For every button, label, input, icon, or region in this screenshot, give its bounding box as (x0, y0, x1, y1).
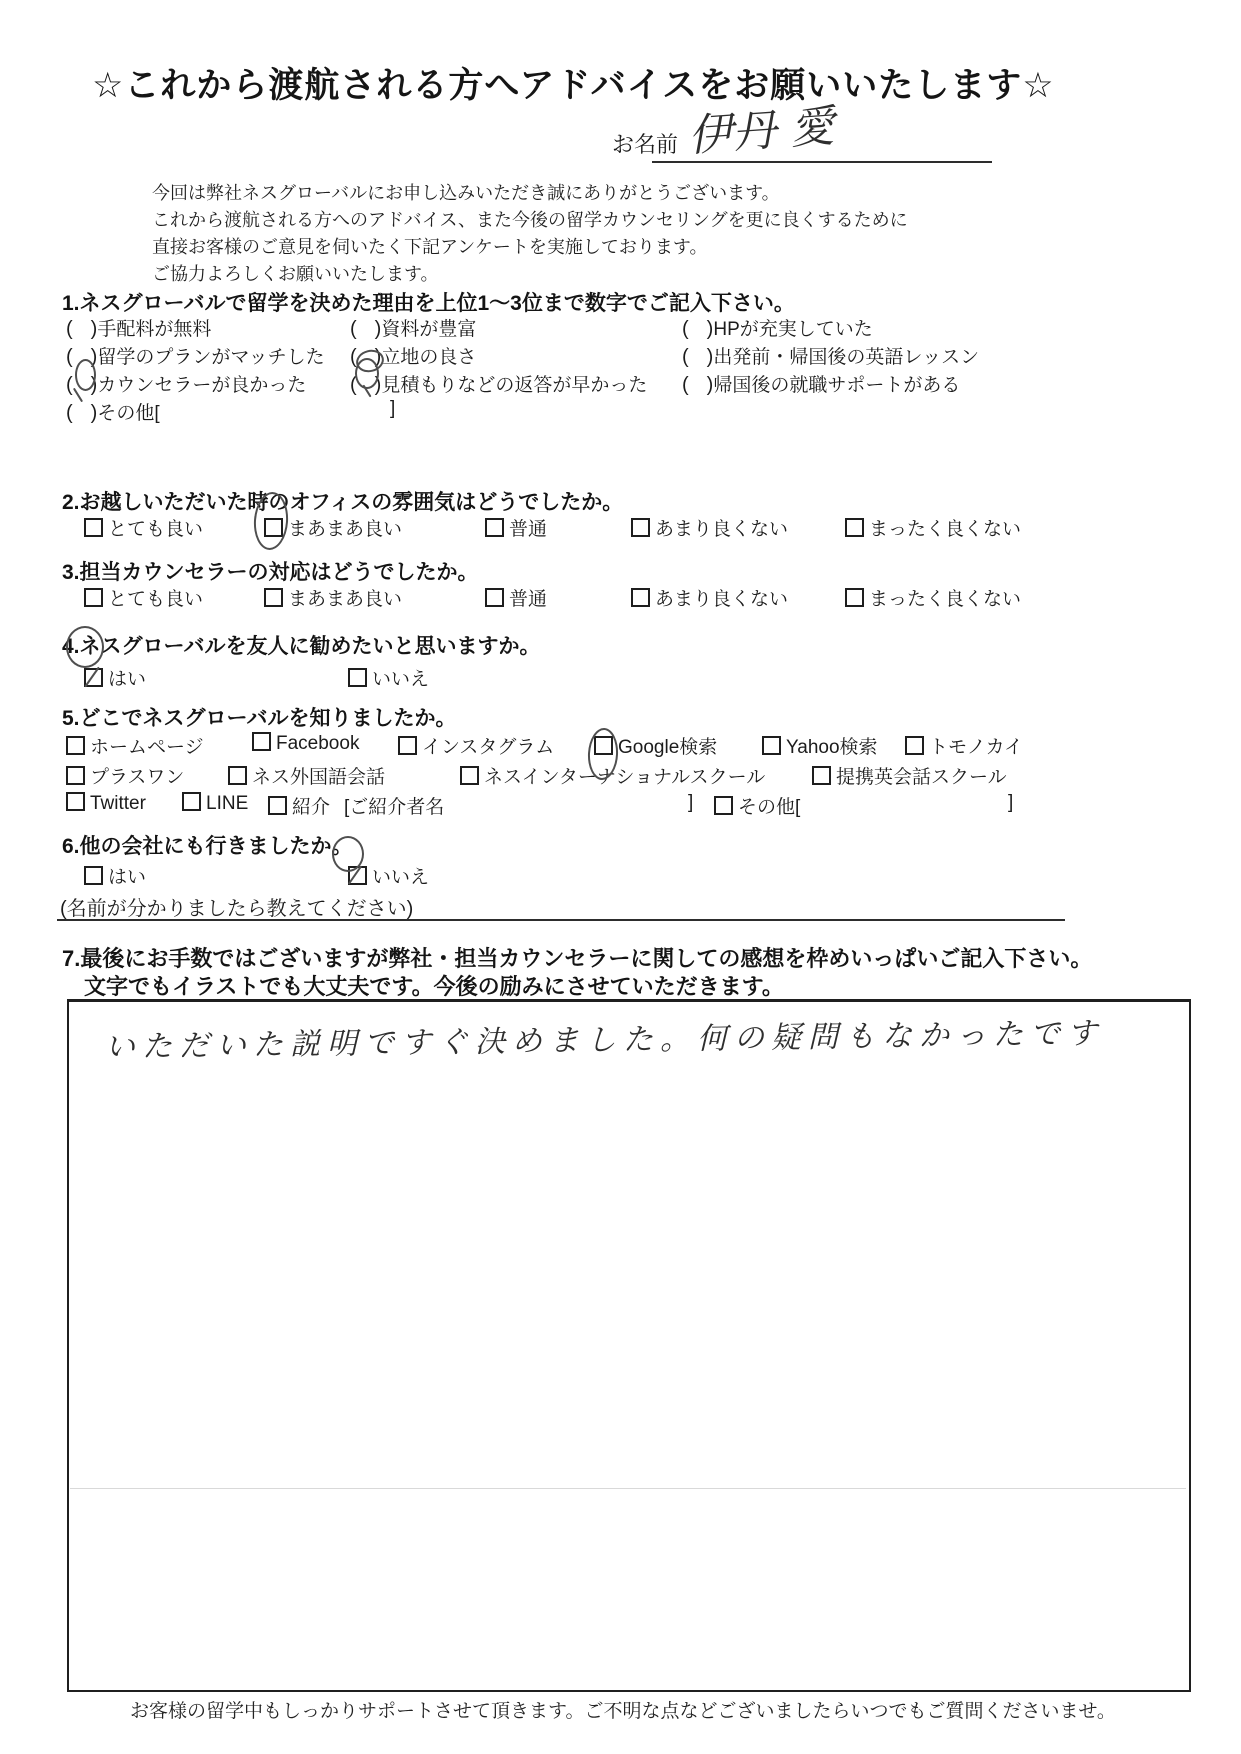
checkbox (348, 668, 367, 687)
checkbox (845, 588, 864, 607)
q5-other-bracket-close: ] (1008, 792, 1013, 814)
name-underline (652, 161, 992, 163)
option-label: Google検索 (618, 737, 717, 758)
option-label: LINE (206, 793, 248, 814)
q2-option-totemo-yoi: とても良い (84, 514, 203, 541)
option-label: Facebook (276, 733, 359, 754)
option-label: あまり良くない (655, 519, 788, 540)
handwritten-circle-mark-counselor (75, 359, 96, 391)
q6-option-hai: はい (84, 862, 146, 889)
q5-option-yahoo: Yahoo検索 (762, 732, 878, 759)
q3-option-amari-yokunai: あまり良くない (631, 584, 788, 611)
option-label: Twitter (90, 793, 146, 814)
option-label: いいえ (372, 867, 429, 888)
checkbox (182, 792, 201, 811)
name-handwritten-value: 伊丹 愛 (686, 90, 836, 164)
q5-option-tomonokai: トモノカイ (905, 732, 1023, 759)
checkbox (631, 588, 650, 607)
q5-option-plusone: プラスワン (66, 762, 184, 789)
q4-option-iie: いいえ (348, 664, 429, 691)
checkbox (66, 766, 85, 785)
checkbox (762, 736, 781, 755)
checkbox (905, 736, 924, 755)
checkbox (264, 588, 283, 607)
option-label: まあまあ良い (288, 519, 402, 540)
option-label: ホームページ (90, 737, 204, 758)
q7-heading-line1: 7.最後にお手数ではございますが弊社・担当カウンセラーに関しての感想を枠めいっぱ… (62, 942, 1092, 973)
paren-open: ( (66, 346, 73, 369)
q5-option-instagram: インスタグラム (398, 732, 554, 759)
footer-note: お客様の留学中もしっかりサポートさせて頂きます。ご不明な点などございましたらいつ… (130, 1696, 1116, 1723)
option-label: 紹介 (292, 797, 330, 818)
q5-option-shokai: 紹介 (268, 792, 330, 819)
q3-option-totemo-yoi: とても良い (84, 584, 203, 611)
q1-option-counselor: ()カウンセラーが良かった (66, 370, 306, 397)
q1-other-bracket-close: ] (390, 398, 395, 420)
q3-option-futsuu: 普通 (485, 584, 547, 611)
checkbox (398, 736, 417, 755)
option-label: プラスワン (90, 767, 184, 788)
name-label: お名前 (612, 128, 678, 159)
scanned-survey-page: ☆これから渡航される方へアドバイスをお願いいたします☆ お名前 伊丹 愛 今回は… (0, 0, 1241, 1754)
checkbox (228, 766, 247, 785)
paren-open: ( (682, 346, 689, 369)
option-label: その他 (97, 403, 154, 424)
q6-heading: 6.他の会社にも行きましたか。 (62, 830, 353, 860)
q1-heading: 1.ネスグローバルで留学を決めた理由を上位1～3位まで数字でご記入下さい。 (62, 287, 795, 317)
option-label: 資料が豊富 (381, 319, 476, 340)
q2-option-mattaku-yokunai: まったく良くない (845, 514, 1021, 541)
option-label: 手配料が無料 (97, 319, 211, 340)
option-label: HPが充実していた (713, 319, 872, 340)
checkbox (485, 588, 504, 607)
option-label: ネス外国語会話 (252, 767, 385, 788)
bracket-open: [ (795, 797, 800, 818)
q6-note: (名前が分かりましたら教えてください) (60, 892, 413, 921)
paren-open: ( (66, 318, 73, 341)
option-label: 留学のプランがマッチした (97, 347, 324, 368)
option-label: はい (108, 867, 146, 888)
q5-referrer-bracket-close: ] (688, 792, 693, 814)
option-label: ネスインターナショナルスクール (484, 767, 765, 788)
q5-option-nes-gaikokugo: ネス外国語会話 (228, 762, 385, 789)
handwritten-circle-mark-mitsumori (355, 358, 379, 389)
option-label: まったく良くない (869, 589, 1021, 610)
q2-option-futsuu: 普通 (485, 514, 547, 541)
paren-open: ( (66, 402, 73, 425)
checkbox (485, 518, 504, 537)
q6-answer-line (57, 919, 1065, 921)
referrer-label: ご紹介者名 (349, 797, 444, 818)
option-label: Yahoo検索 (786, 737, 878, 758)
option-label: トモノカイ (929, 737, 1023, 758)
handwritten-circle-mark-q4-heading (66, 626, 104, 668)
page-title: ☆これから渡航される方へアドバイスをお願いいたします☆ (92, 58, 1055, 108)
option-label: 出発前・帰国後の英語レッスン (713, 347, 979, 368)
paren-open: ( (66, 374, 73, 397)
checkbox (84, 866, 103, 885)
q2-option-amari-yokunai: あまり良くない (631, 514, 788, 541)
q4-heading: 4.ネスグローバルを友人に勧めたいと思いますか。 (62, 630, 540, 660)
q5-heading: 5.どこでネスグローバルを知りましたか。 (62, 702, 456, 732)
paren-open: ( (682, 318, 689, 341)
checkbox (66, 792, 85, 811)
q4-option-hai: はい (84, 664, 146, 691)
checkbox (268, 796, 287, 815)
q7-heading-line2: 文字でもイラストでも大丈夫です。今後の励みにさせていただきます。 (84, 970, 784, 1001)
option-label: とても良い (108, 589, 203, 610)
checkbox (84, 588, 103, 607)
q1-option-shiryo: ()資料が豊富 (350, 314, 476, 341)
q3-heading: 3.担当カウンセラーの対応はどうでしたか。 (62, 556, 479, 586)
option-label: あまり良くない (655, 589, 788, 610)
option-label: とても良い (108, 519, 203, 540)
q3-option-mattaku-yokunai: まったく良くない (845, 584, 1021, 611)
q5-option-homepage: ホームページ (66, 732, 204, 759)
q3-option-maamaa-yoi: まあまあ良い (264, 584, 402, 611)
option-label: その他 (738, 797, 795, 818)
checkbox (631, 518, 650, 537)
q5-referrer-field: [ご紹介者名 (344, 792, 444, 819)
paren-open: ( (682, 374, 689, 397)
option-label: 普通 (509, 519, 547, 540)
intro-line: 今回は弊社ネスグローバルにお申し込みいただき誠にありがとうございます。 (152, 180, 780, 207)
intro-line: これから渡航される方へのアドバイス、また今後の留学カウンセリングを更に良くするた… (152, 207, 908, 234)
q5-option-twitter: Twitter (66, 792, 146, 815)
q7-comment-box (67, 999, 1191, 1692)
q5-option-line: LINE (182, 792, 248, 815)
intro-line: ご協力よろしくお願いいたします。 (152, 261, 439, 288)
q2-heading: 2.お越しいただいた時のオフィスの雰囲気はどうでしたか。 (62, 486, 623, 516)
checkbox (845, 518, 864, 537)
q1-option-tehairyo: ()手配料が無料 (66, 314, 211, 341)
q5-option-other: その他[ (714, 792, 800, 819)
option-label: 立地の良さ (381, 347, 476, 368)
option-label: 帰国後の就職サポートがある (713, 375, 960, 396)
q1-option-english-lesson: ()出発前・帰国後の英語レッスン (682, 342, 979, 369)
option-label: いいえ (372, 669, 429, 690)
paren-open: ( (350, 318, 357, 341)
q1-option-shushoku: ()帰国後の就職サポートがある (682, 370, 960, 397)
q5-option-facebook: Facebook (252, 732, 359, 755)
option-label: インスタグラム (422, 737, 554, 758)
checkbox (714, 796, 733, 815)
checkbox (66, 736, 85, 755)
checkbox (460, 766, 479, 785)
option-label: 普通 (509, 589, 547, 610)
option-label: カウンセラーが良かった (97, 375, 306, 396)
scan-artifact-line (70, 1488, 1186, 1489)
option-label: まったく良くない (869, 519, 1021, 540)
q1-option-hp: ()HPが充実していた (682, 314, 873, 341)
option-label: まあまあ良い (288, 589, 402, 610)
checkbox (812, 766, 831, 785)
intro-line: 直接お客様のご意見を伺いたく下記アンケートを実施しております。 (152, 234, 707, 261)
checkbox (252, 732, 271, 751)
option-label: 提携英会話スクール (836, 767, 1007, 788)
bracket-open: [ (154, 403, 159, 424)
option-label: 見積もりなどの返答が早かった (381, 375, 647, 396)
option-label: はい (108, 669, 146, 690)
checkbox (84, 518, 103, 537)
q1-option-plan: ()留学のプランがマッチした (66, 342, 325, 369)
q1-option-mitsumori: ()見積もりなどの返答が早かった (350, 370, 647, 397)
q5-option-teikei-eikaiwa: 提携英会話スクール (812, 762, 1007, 789)
q1-option-other: ()その他[ (66, 398, 160, 425)
